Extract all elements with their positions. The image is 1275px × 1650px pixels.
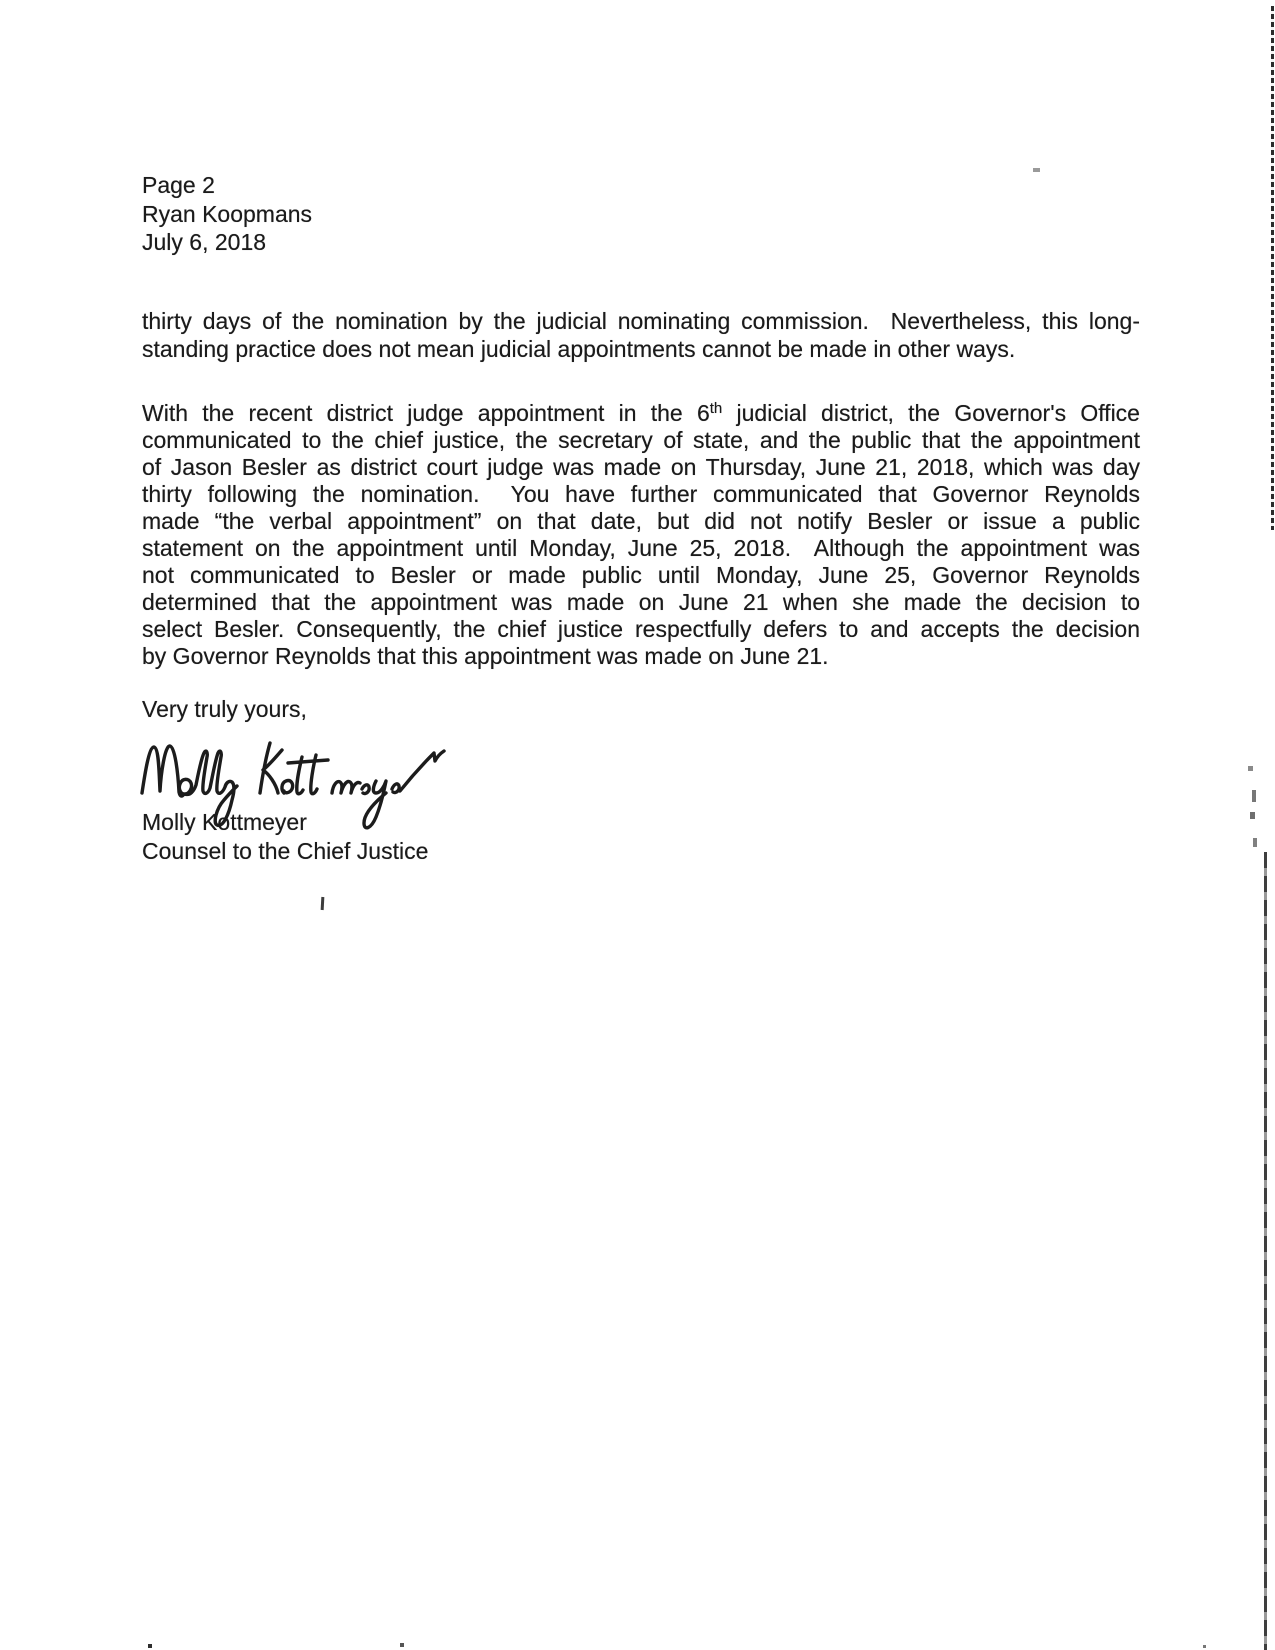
typed-name: Molly Kottmeyer [142, 808, 428, 837]
letter-date: July 6, 2018 [142, 228, 312, 257]
letter-page: Page 2 Ryan Koopmans July 6, 2018 thirty… [0, 0, 1275, 1650]
paragraph-2-line-1-text-cont: judicial district, the Governor's Office [722, 400, 1140, 426]
scan-artifact-dot [400, 1643, 404, 1647]
scan-artifact-speck [1252, 790, 1256, 802]
scan-artifact-speck [1250, 812, 1255, 819]
scan-artifact-vertical-line-bottom [1264, 852, 1267, 1650]
scan-artifact-speck [1248, 766, 1253, 771]
ordinal-superscript: th [710, 400, 723, 417]
paragraph-2-line-1: With the recent district judge appointme… [142, 395, 1140, 427]
paragraph-2-line-7: not communicated to Besler or made publi… [142, 562, 1140, 589]
paragraph-2-line-5: made “the verbal appointment” on that da… [142, 508, 1140, 535]
paragraph-2-line-3: of Jason Besler as district court judge … [142, 454, 1140, 481]
paragraph-2-line-10: by Governor Reynolds that this appointme… [142, 643, 1140, 670]
scan-artifact-vertical-line-top [1271, 6, 1274, 530]
valediction: Very truly yours, [142, 696, 307, 723]
paragraph-1: thirty days of the nomination by the jud… [142, 307, 1140, 363]
scan-artifact-speck [1253, 838, 1257, 847]
paragraph-2-line-2: communicated to the chief justice, the s… [142, 427, 1140, 454]
paragraph-2-line-6: statement on the appointment until Monda… [142, 535, 1140, 562]
scan-artifact-tick [321, 897, 325, 910]
signature-stroke-o [282, 781, 293, 793]
paragraph-2: With the recent district judge appointme… [142, 395, 1140, 670]
signer-title: Counsel to the Chief Justice [142, 837, 428, 866]
paragraph-1-line-2: standing practice does not mean judicial… [142, 335, 1140, 363]
letter-header: Page 2 Ryan Koopmans July 6, 2018 [142, 171, 312, 257]
signature-stroke-e2 [392, 784, 399, 793]
signature-stroke-flourish [400, 751, 444, 791]
scan-artifact-dot [148, 1644, 152, 1648]
paragraph-2-line-9: select Besler. Consequently, the chief j… [142, 616, 1140, 643]
signature-stroke-t-crossbar [288, 760, 328, 763]
paragraph-1-line-1: thirty days of the nomination by the jud… [142, 307, 1140, 335]
scan-artifact-speck [1033, 168, 1040, 172]
signature-block: Molly Kottmeyer Counsel to the Chief Jus… [142, 808, 428, 865]
scan-artifact-dot [1203, 1645, 1206, 1648]
paragraph-2-line-4: thirty following the nomination. You hav… [142, 481, 1140, 508]
recipient-name: Ryan Koopmans [142, 200, 312, 229]
page-number: Page 2 [142, 171, 312, 200]
signature-stroke-e1 [362, 785, 369, 794]
signature-stroke-m [332, 782, 360, 793]
paragraph-2-line-8: determined that the appointment was made… [142, 589, 1140, 616]
paragraph-2-line-1-text: With the recent district judge appointme… [142, 400, 710, 426]
